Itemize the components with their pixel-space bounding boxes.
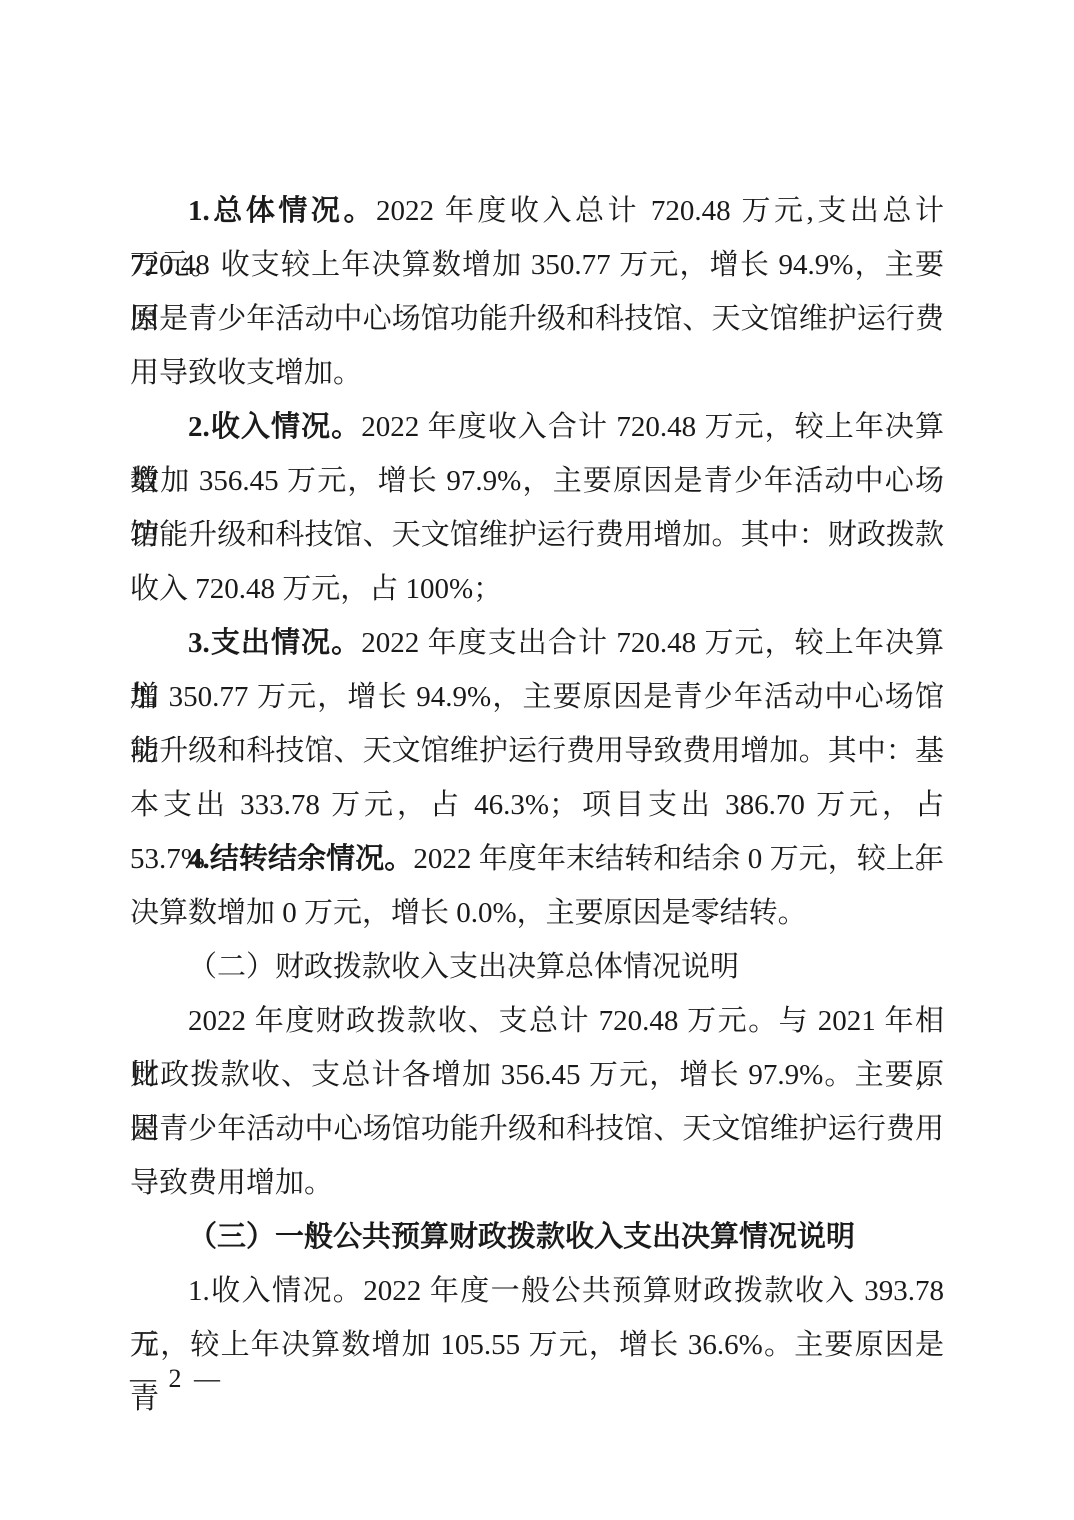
text-line: （二）财政拨款收入支出决算总体情况说明 bbox=[130, 940, 944, 994]
text-line: 财政拨款收、支总计各增加 356.45 万元，增长 97.9%。主要原因 bbox=[130, 1048, 944, 1102]
text-line: 1.总体情况。2022 年度收入总计 720.48 万元,支出总计 720.48 bbox=[130, 184, 944, 238]
text-line: （三）一般公共预算财政拨款收入支出决算情况说明 bbox=[130, 1210, 944, 1264]
paragraph-lead-label: 1.总体情况。 bbox=[188, 195, 376, 227]
paragraph: 1.总体情况。2022 年度收入总计 720.48 万元,支出总计 720.48… bbox=[130, 184, 944, 400]
document-body: 1.总体情况。2022 年度收入总计 720.48 万元,支出总计 720.48… bbox=[130, 184, 944, 1372]
text-line: 本支出 333.78 万元，占 46.3%；项目支出 386.70 万元，占 5… bbox=[130, 778, 944, 832]
section-heading: （三）一般公共预算财政拨款收入支出决算情况说明 bbox=[130, 1210, 944, 1264]
text-line: 2.收入情况。2022 年度收入合计 720.48 万元，较上年决算数 bbox=[130, 400, 944, 454]
paragraph: 3.支出情况。2022 年度支出合计 720.48 万元，较上年决算增加 350… bbox=[130, 616, 944, 832]
text-line: 收入 720.48 万元，占 100%； bbox=[130, 562, 944, 616]
document-page: 1.总体情况。2022 年度收入总计 720.48 万元,支出总计 720.48… bbox=[0, 0, 1074, 1520]
paragraph: 2022 年度财政拨款收、支总计 720.48 万元。与 2021 年相比，财政… bbox=[130, 994, 944, 1210]
text-line: 能升级和科技馆、天文馆维护运行费用导致费用增加。其中：基 bbox=[130, 724, 944, 778]
text-line: 是青少年活动中心场馆功能升级和科技馆、天文馆维护运行费用 bbox=[130, 1102, 944, 1156]
text-line: 决算数增加 0 万元，增长 0.0%，主要原因是零结转。 bbox=[130, 886, 944, 940]
text-line: 4.结转结余情况。2022 年度年末结转和结余 0 万元，较上年 bbox=[130, 832, 944, 886]
text-line: 功能升级和科技馆、天文馆维护运行费用增加。其中：财政拨款 bbox=[130, 508, 944, 562]
text-line: 增加 356.45 万元，增长 97.9%，主要原因是青少年活动中心场馆 bbox=[130, 454, 944, 508]
section-heading: （二）财政拨款收入支出决算总体情况说明 bbox=[130, 940, 944, 994]
text-line: 导致费用增加。 bbox=[130, 1156, 944, 1210]
paragraph-lead-label: 2.收入情况。 bbox=[188, 411, 361, 443]
paragraph-lead-label: 3.支出情况。 bbox=[188, 627, 361, 659]
paragraph: 1.收入情况。2022 年度一般公共预算财政拨款收入 393.78 万元，较上年… bbox=[130, 1264, 944, 1372]
paragraph: 2.收入情况。2022 年度收入合计 720.48 万元，较上年决算数增加 35… bbox=[130, 400, 944, 616]
text-line: 万元。收支较上年决算数增加 350.77 万元，增长 94.9%，主要原 bbox=[130, 238, 944, 292]
text-line: 加 350.77 万元，增长 94.9%，主要原因是青少年活动中心场馆功 bbox=[130, 670, 944, 724]
paragraph-lead-label: 4.结转结余情况。 bbox=[188, 843, 413, 875]
page-number: — 2 — bbox=[130, 1364, 223, 1394]
text-line: 2022 年度财政拨款收、支总计 720.48 万元。与 2021 年相比， bbox=[130, 994, 944, 1048]
text-line: 用导致收支增加。 bbox=[130, 346, 944, 400]
text-line: 因是青少年活动中心场馆功能升级和科技馆、天文馆维护运行费 bbox=[130, 292, 944, 346]
paragraph: 4.结转结余情况。2022 年度年末结转和结余 0 万元，较上年决算数增加 0 … bbox=[130, 832, 944, 940]
text-line: 1.收入情况。2022 年度一般公共预算财政拨款收入 393.78 万 bbox=[130, 1264, 944, 1318]
text-line: 元，较上年决算数增加 105.55 万元，增长 36.6%。主要原因是青 bbox=[130, 1318, 944, 1372]
text-line: 3.支出情况。2022 年度支出合计 720.48 万元，较上年决算增 bbox=[130, 616, 944, 670]
